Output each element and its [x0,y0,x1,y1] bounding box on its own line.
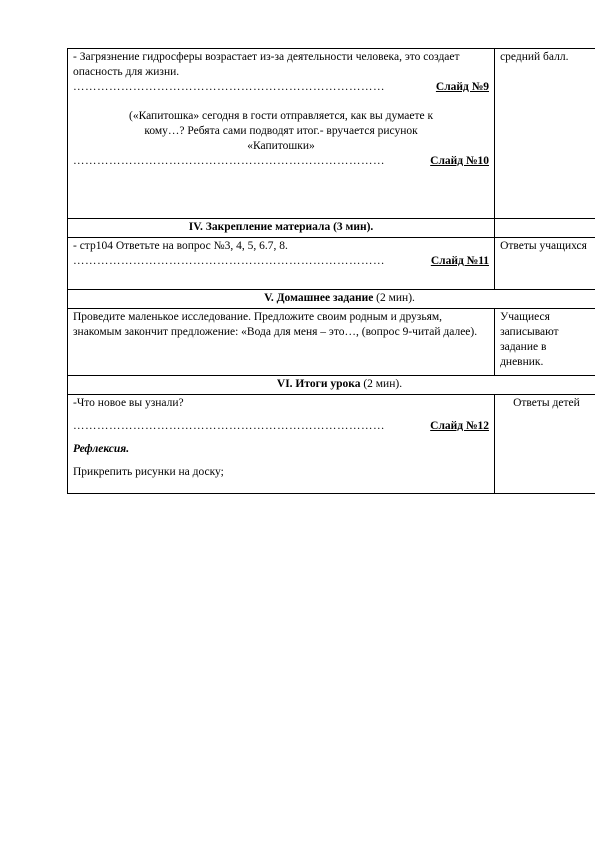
section-title: V. Домашнее задание [264,292,373,304]
lesson-content-cell: - Загрязнение гидросферы возрастает из-з… [68,49,495,219]
student-activity-cell: Учащиеся записывают задание в дневник. [495,309,595,376]
student-activity-cell: Ответы детей [495,395,595,494]
lesson-content-cell: Проведите маленькое исследование. Предло… [68,309,495,376]
slide-9-line: …………………………………………………………………… Слайд №9 [73,80,489,95]
table-row: Проведите маленькое исследование. Предло… [68,309,595,376]
lesson-content-cell: -Что новое вы узнали? ………………………………………………… [68,395,495,494]
section-header-vi: VI. Итоги урока (2 мин). [68,376,595,395]
slide-10-label: Слайд №10 [428,154,489,169]
kapitoshka-text: («Капитошка» сегодня в гости отправляетс… [73,109,489,154]
section-time: (2 мин). [360,378,402,390]
table-row: -Что новое вы узнали? ………………………………………………… [68,395,595,494]
slide-10-line: …………………………………………………………………… Слайд №10 [73,154,489,169]
dotted-leader: …………………………………………………………………… [73,154,428,169]
slide-11-label: Слайд №11 [429,254,489,269]
children-answers-text: Ответы детей [513,397,580,409]
hydrosphere-text: - Загрязнение гидросферы возрастает из-з… [73,50,489,80]
students-write-text: Учащиеся записывают задание в дневник. [500,310,570,370]
table-row: - стр104 Ответьте на вопрос №3, 4, 5, 6.… [68,238,595,290]
average-score-text: средний балл. [500,51,568,63]
lesson-plan-table: - Загрязнение гидросферы возрастает из-з… [67,48,595,494]
student-activity-cell: средний балл. [495,49,595,219]
dotted-leader: …………………………………………………………………… [73,254,429,269]
reflection-heading: Рефлексия. [73,442,489,457]
task-text: - стр104 Ответьте на вопрос №3, 4, 5, 6.… [73,239,489,254]
question-text: -Что новое вы узнали? [73,396,489,411]
section-header-iv: IV. Закрепление материала (3 мин). [68,219,595,238]
student-activity-cell: Ответы учащихся [495,238,595,290]
table-row: - Загрязнение гидросферы возрастает из-з… [68,49,595,219]
student-answers-text: Ответы учащихся [500,240,587,252]
slide-12-line: …………………………………………………………………… Слайд №12 [73,419,489,434]
section-title: VI. Итоги урока [277,378,361,390]
section-time: (2 мин). [373,292,415,304]
slide-12-label: Слайд №12 [428,419,489,434]
section-title: IV. Закрепление материала (3 мин). [68,219,495,238]
section-header-v: V. Домашнее задание (2 мин). [68,290,595,309]
dotted-leader: …………………………………………………………………… [73,80,434,95]
homework-text: Проведите маленькое исследование. Предло… [73,310,489,340]
slide-9-label: Слайд №9 [434,80,489,95]
lesson-content-cell: - стр104 Ответьте на вопрос №3, 4, 5, 6.… [68,238,495,290]
attach-drawings-text: Прикрепить рисунки на доску; [73,465,489,480]
dotted-leader: …………………………………………………………………… [73,419,428,434]
slide-11-line: …………………………………………………………………… Слайд №11 [73,254,489,269]
